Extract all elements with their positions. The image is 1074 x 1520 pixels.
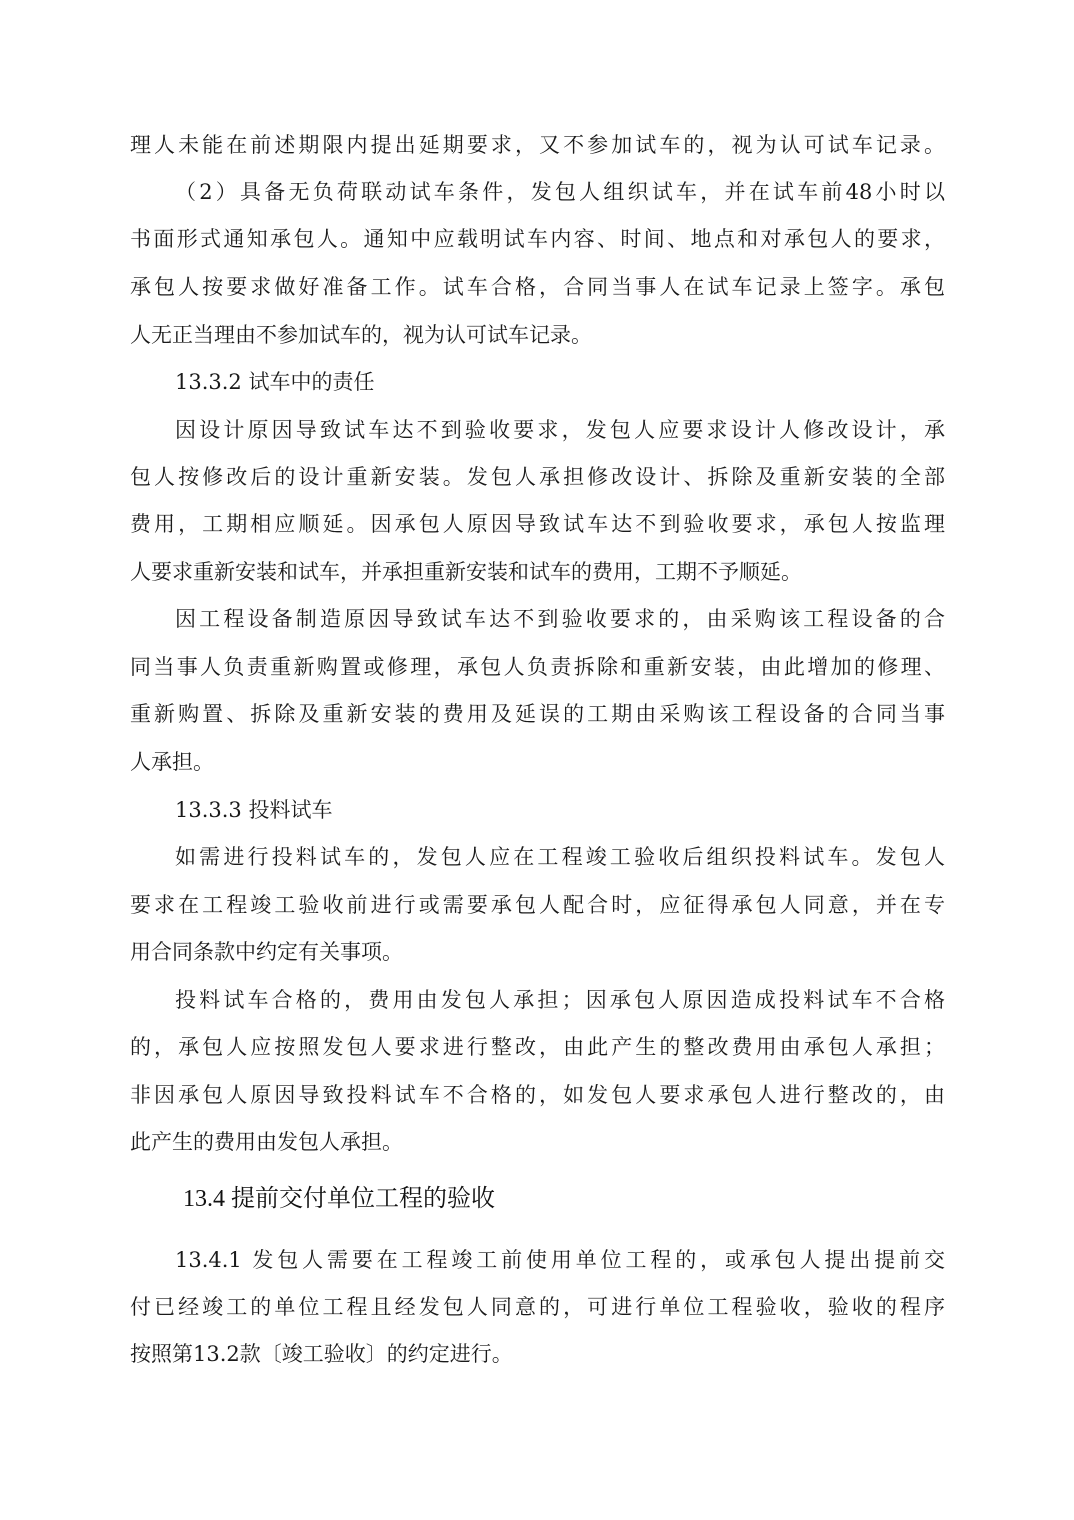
paragraph-line: 因工程设备制造原因导致试车达不到验收要求的，由采购该工程设备的合 [175,604,945,634]
paragraph-line: 13.4.1 发包人需要在工程竣工前使用单位工程的，或承包人提出提前交 [175,1245,945,1275]
paragraph-line: 人无正当理由不参加试车的，视为认可试车记录。 [130,320,945,350]
paragraph-line: 投料试车合格的，费用由发包人承担；因承包人原因造成投料试车不合格 [175,985,945,1015]
section-heading-13-4: 13.4 提前交付单位工程的验收 [183,1181,495,1217]
paragraph-line: 如需进行投料试车的，发包人应在工程竣工验收后组织投料试车。发包人 [175,842,945,872]
section-heading-13-3-2: 13.3.2 试车中的责任 [175,367,374,397]
document-page: 理人未能在前述期限内提出延期要求，又不参加试车的，视为认可试车记录。 （2）具备… [0,0,1074,1520]
paragraph-line: 同当事人负责重新购置或修理，承包人负责拆除和重新安装，由此增加的修理、 [130,652,945,682]
paragraph-line: 费用，工期相应顺延。因承包人原因导致试车达不到验收要求，承包人按监理 [130,509,945,539]
paragraph-line: 用合同条款中约定有关事项。 [130,937,945,967]
paragraph-line: 书面形式通知承包人。通知中应载明试车内容、时间、地点和对承包人的要求， [130,224,945,254]
paragraph-line: 人要求重新安装和试车，并承担重新安装和试车的费用，工期不予顺延。 [130,557,945,587]
paragraph-line: 按照第13.2款〔竣工验收〕的约定进行。 [130,1339,945,1369]
paragraph-line: 付已经竣工的单位工程且经发包人同意的，可进行单位工程验收，验收的程序 [130,1292,945,1322]
paragraph-line: 包人按修改后的设计重新安装。发包人承担修改设计、拆除及重新安装的全部 [130,462,945,492]
paragraph-line: 要求在工程竣工验收前进行或需要承包人配合时，应征得承包人同意，并在专 [130,890,945,920]
paragraph-line: （2）具备无负荷联动试车条件，发包人组织试车，并在试车前48小时以 [175,177,945,207]
section-heading-13-3-3: 13.3.3 投料试车 [175,795,332,825]
paragraph-line: 非因承包人原因导致投料试车不合格的，如发包人要求承包人进行整改的，由 [130,1080,945,1110]
paragraph-line: 此产生的费用由发包人承担。 [130,1127,945,1157]
paragraph-line: 理人未能在前述期限内提出延期要求，又不参加试车的，视为认可试车记录。 [130,130,945,160]
paragraph-line: 承包人按要求做好准备工作。试车合格，合同当事人在试车记录上签字。承包 [130,272,945,302]
paragraph-line: 重新购置、拆除及重新安装的费用及延误的工期由采购该工程设备的合同当事 [130,699,945,729]
paragraph-line: 人承担。 [130,747,945,777]
paragraph-line: 因设计原因导致试车达不到验收要求，发包人应要求设计人修改设计，承 [175,415,945,445]
paragraph-line: 的，承包人应按照发包人要求进行整改，由此产生的整改费用由承包人承担； [130,1032,945,1062]
